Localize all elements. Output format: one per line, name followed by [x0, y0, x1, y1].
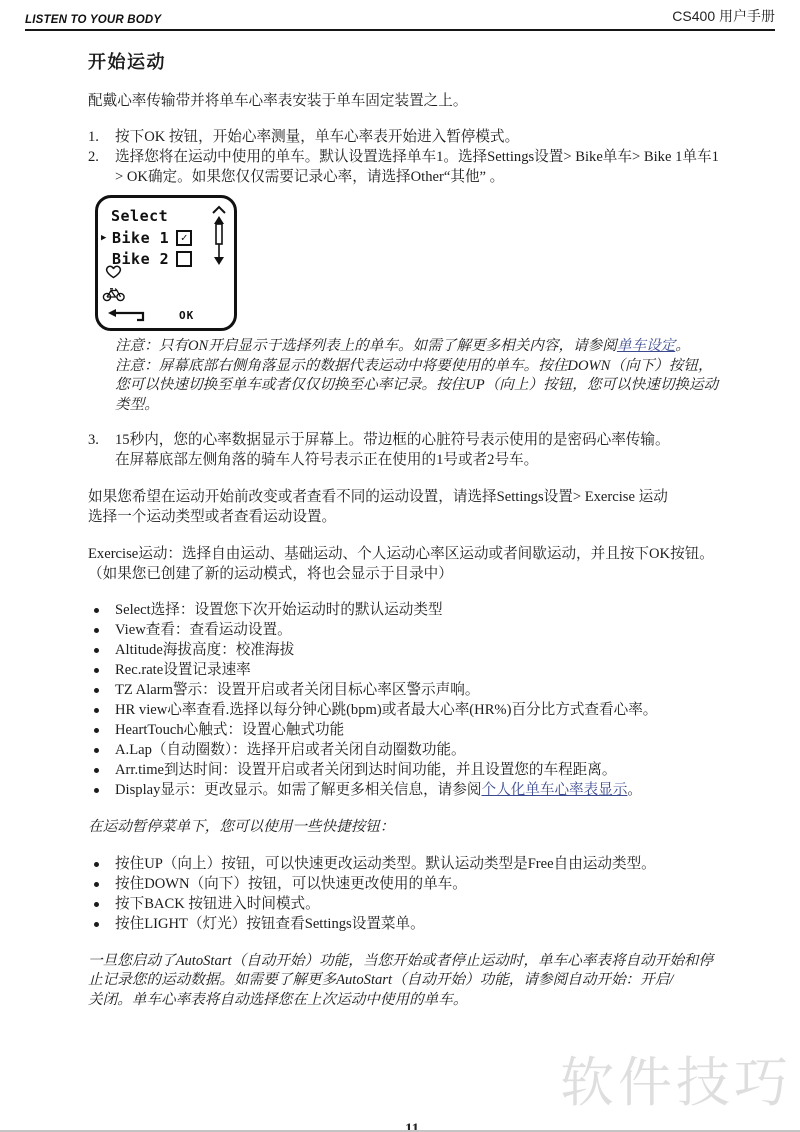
note-2: 注意：屏幕底部右侧角落显示的数据代表运动中将要使用的单车。按住DOWN（向下）按… — [115, 357, 782, 416]
option-text: Altitude海拔高度：校准海拔 — [115, 642, 294, 658]
numbered-steps-continued: 3. 15秒内，您的心率数据显示于屏幕上。带边框的心脏符号表示使用的是密码心率传… — [88, 431, 782, 470]
lcd-button-bar: OK — [107, 308, 225, 323]
checkbox-empty-icon — [176, 251, 192, 267]
option-text: A.Lap（自动圈数）：选择开启或者关闭自动圈数功能。 — [115, 742, 466, 758]
option-text: TZ Alarm警示：设置开启或者关闭目标心率区警示声响。 — [115, 682, 479, 698]
exercise-options-list: Select选择：设置您下次开始运动时的默认运动类型 View查看：查看运动设置… — [88, 600, 782, 800]
shortcut-list: 按住UP（向上）按钮，可以快速更改运动类型。默认运动类型是Free自由运动类型。… — [88, 854, 782, 934]
step-text: 15秒内，您的心率数据显示于屏幕上。带边框的心脏符号表示使用的是密码心率传输。 … — [115, 431, 782, 470]
section-title: 开始运动 — [88, 48, 782, 74]
list-item: HR view心率查看.选择以每分钟心跳(bpm)或者最大心率(HR%)百分比方… — [115, 700, 782, 720]
manual-page: LISTEN TO YOUR BODY CS400 用户手册 开始运动 配戴心率… — [0, 0, 800, 1132]
intro-paragraph: 配戴心率传输带并将单车心率表安装于单车固定装置之上。 — [88, 92, 782, 112]
note-1-text: 注意：只有ON开启显示于选择列表上的单车。如需了解更多相关内容，请参阅 — [115, 338, 617, 354]
settings-paragraph: 如果您希望在运动开始前改变或者查看不同的运动设置，请选择Settings设置> … — [88, 488, 782, 527]
lcd-bike1-row: ▶ Bike 1 ✓ — [101, 229, 192, 247]
option-suffix: 。 — [627, 782, 642, 798]
list-item: Arr.time到达时间：设置开启或者关闭到达时间功能，并且设置您的车程距离。 — [115, 760, 782, 780]
shortcut-text: 按下BACK 按钮进入时间模式。 — [115, 896, 320, 912]
notes-block: 注意：只有ON开启显示于选择列表上的单车。如需了解更多相关内容，请参阅单车设定。… — [115, 337, 782, 415]
back-arrow-icon — [107, 308, 149, 323]
list-item: 按住UP（向上）按钮，可以快速更改运动类型。默认运动类型是Free自由运动类型。 — [115, 854, 782, 874]
option-text: View查看：查看运动设置。 — [115, 622, 292, 638]
display-customization-link[interactable]: 个人化单车心率表显示 — [481, 782, 627, 798]
shortcut-text: 按住LIGHT（灯光）按钮查看Settings设置菜单。 — [115, 916, 425, 932]
option-text: Rec.rate设置记录速率 — [115, 662, 251, 678]
watermark: 软件技巧 — [560, 1040, 792, 1117]
device-screen-illustration: Select ▶ Bike 1 ✓ Bike 2 — [95, 195, 237, 331]
list-item: 按住LIGHT（灯光）按钮查看Settings设置菜单。 — [115, 914, 782, 934]
bike-icon — [102, 286, 126, 302]
autostart-paragraph: 一旦您启动了AutoStart（自动开始）功能，当您开始或者停止运动时，单车心率… — [88, 952, 782, 1011]
list-item: Display显示：更改显示。如需了解更多相关信息，请参阅个人化单车心率表显示。 — [115, 780, 782, 800]
option-text: Arr.time到达时间：设置开启或者关闭到达时间功能，并且设置您的车程距离。 — [115, 762, 616, 778]
list-item: A.Lap（自动圈数）：选择开启或者关闭自动圈数功能。 — [115, 740, 782, 760]
step-3: 3. 15秒内，您的心率数据显示于屏幕上。带边框的心脏符号表示使用的是密码心率传… — [88, 431, 782, 470]
list-item: Select选择：设置您下次开始运动时的默认运动类型 — [115, 600, 782, 620]
list-item: Rec.rate设置记录速率 — [115, 660, 782, 680]
shortcut-text: 按住DOWN（向下）按钮，可以快速更改使用的单车。 — [115, 876, 467, 892]
lcd-ok-label: OK — [179, 309, 194, 322]
bike-settings-link[interactable]: 单车设定 — [617, 338, 675, 354]
selection-pointer-icon: ▶ — [101, 233, 112, 243]
option-text: Select选择：设置您下次开始运动时的默认运动类型 — [115, 602, 443, 618]
step-number: 3. — [88, 431, 115, 470]
page-header: LISTEN TO YOUR BODY CS400 用户手册 — [25, 0, 775, 31]
manual-title: CS400 用户手册 — [672, 6, 775, 26]
step-number: 2. — [88, 148, 115, 187]
page-content: 开始运动 配戴心率传输带并将单车心率表安装于单车固定装置之上。 1. 按下OK … — [88, 42, 782, 1010]
step-text: 选择您将在运动中使用的单车。默认设置选择单车1。选择Settings设置> Bi… — [115, 148, 782, 187]
list-item: Altitude海拔高度：校准海拔 — [115, 640, 782, 660]
list-item: 按住DOWN（向下）按钮，可以快速更改使用的单车。 — [115, 874, 782, 894]
list-item: TZ Alarm警示：设置开启或者关闭目标心率区警示声响。 — [115, 680, 782, 700]
lcd-menu-title: Select — [111, 207, 168, 225]
heart-icon — [104, 264, 123, 279]
shortcut-intro: 在运动暂停菜单下，您可以使用一些快捷按钮： — [88, 818, 782, 838]
list-item: HeartTouch心触式：设置心触式功能 — [115, 720, 782, 740]
scroll-indicator-icon — [211, 205, 227, 267]
list-item: 按下BACK 按钮进入时间模式。 — [115, 894, 782, 914]
option-text: Display显示：更改显示。如需了解更多相关信息，请参阅 — [115, 782, 481, 798]
brand-logo: LISTEN TO YOUR BODY — [25, 14, 161, 26]
checkbox-checked-icon: ✓ — [176, 230, 192, 246]
step-1: 1. 按下OK 按钮，开始心率测量，单车心率表开始进入暂停模式。 — [88, 128, 782, 148]
option-text: HR view心率查看.选择以每分钟心跳(bpm)或者最大心率(HR%)百分比方… — [115, 702, 657, 718]
note-1: 注意：只有ON开启显示于选择列表上的单车。如需了解更多相关内容，请参阅单车设定。 — [115, 337, 782, 357]
exercise-paragraph: Exercise运动：选择自由运动、基础运动、个人运动心率区运动或者间歇运动，并… — [88, 545, 782, 584]
step-text: 按下OK 按钮，开始心率测量，单车心率表开始进入暂停模式。 — [115, 128, 782, 148]
lcd-bike1-label: Bike 1 — [112, 229, 169, 247]
shortcut-text: 按住UP（向上）按钮，可以快速更改运动类型。默认运动类型是Free自由运动类型。 — [115, 856, 656, 872]
list-item: View查看：查看运动设置。 — [115, 620, 782, 640]
step-number: 1. — [88, 128, 115, 148]
note-1-suffix: 。 — [675, 338, 690, 354]
step-2: 2. 选择您将在运动中使用的单车。默认设置选择单车1。选择Settings设置>… — [88, 148, 782, 187]
option-text: HeartTouch心触式：设置心触式功能 — [115, 722, 344, 738]
numbered-steps: 1. 按下OK 按钮，开始心率测量，单车心率表开始进入暂停模式。 2. 选择您将… — [88, 128, 782, 188]
